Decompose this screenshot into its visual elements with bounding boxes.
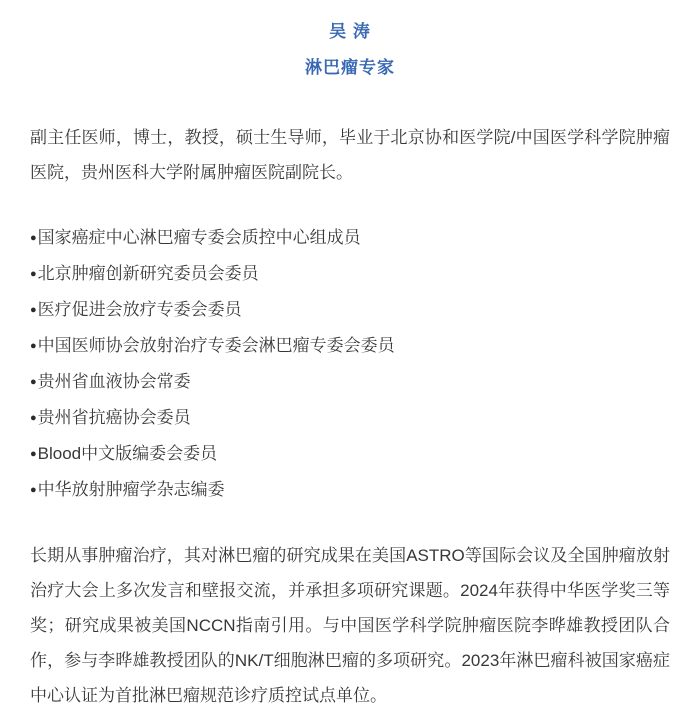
credential-label: 北京肿瘤创新研究委员会委员 <box>38 264 259 283</box>
bio-paragraph: 长期从事肿瘤治疗，其对淋巴瘤的研究成果在美国ASTRO等国际会议及全国肿瘤放射治… <box>30 538 670 706</box>
expert-name: 吴 涛 <box>30 22 670 42</box>
bullet-icon: ● <box>30 232 37 244</box>
intro-paragraph: 副主任医师，博士，教授，硕士生导师，毕业于北京协和医学院/中国医学科学院肿瘤医院… <box>30 120 670 190</box>
list-item: ●贵州省血液协会常委 <box>30 364 670 400</box>
list-item: ●医疗促进会放疗专委会委员 <box>30 292 670 328</box>
credentials-list: ●国家癌症中心淋巴瘤专委会质控中心组成员 ●北京肿瘤创新研究委员会委员 ●医疗促… <box>30 220 670 508</box>
credential-label: 贵州省抗癌协会委员 <box>38 408 191 427</box>
bullet-icon: ● <box>30 484 37 496</box>
credential-label: 医疗促进会放疗专委会委员 <box>38 300 242 319</box>
bullet-icon: ● <box>30 448 37 460</box>
bullet-icon: ● <box>30 268 37 280</box>
list-item: ●Blood中文版编委会委员 <box>30 436 670 472</box>
bullet-icon: ● <box>30 412 37 424</box>
list-item: ●国家癌症中心淋巴瘤专委会质控中心组成员 <box>30 220 670 256</box>
credential-label: 中华放射肿瘤学杂志编委 <box>38 480 225 499</box>
list-item: ●北京肿瘤创新研究委员会委员 <box>30 256 670 292</box>
bullet-icon: ● <box>30 304 37 316</box>
credential-label: Blood中文版编委会委员 <box>38 444 217 463</box>
credential-label: 国家癌症中心淋巴瘤专委会质控中心组成员 <box>38 228 361 247</box>
expert-title: 淋巴瘤专家 <box>30 58 670 78</box>
list-item: ●贵州省抗癌协会委员 <box>30 400 670 436</box>
list-item: ●中华放射肿瘤学杂志编委 <box>30 472 670 508</box>
list-item: ●中国医师协会放射治疗专委会淋巴瘤专委会委员 <box>30 328 670 364</box>
credential-label: 贵州省血液协会常委 <box>38 372 191 391</box>
credential-label: 中国医师协会放射治疗专委会淋巴瘤专委会委员 <box>38 336 395 355</box>
bullet-icon: ● <box>30 376 37 388</box>
bullet-icon: ● <box>30 340 37 352</box>
profile-document: 吴 涛 淋巴瘤专家 副主任医师，博士，教授，硕士生导师，毕业于北京协和医学院/中… <box>0 0 700 706</box>
